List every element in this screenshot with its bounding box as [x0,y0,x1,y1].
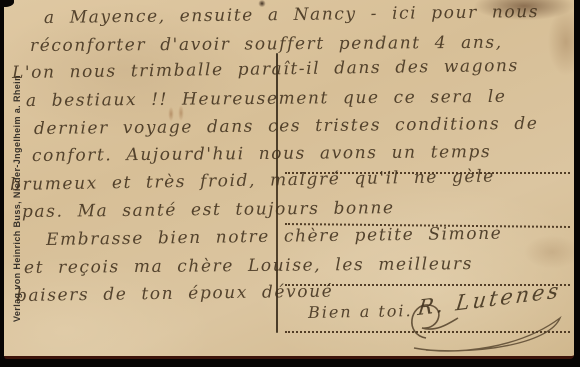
message-line: dernier voyage dans ces tristes conditio… [34,114,539,139]
message-line: Embrasse bien notre chère petite Simone [46,224,503,250]
message-line: a bestiaux !! Heureusement que ce sera l… [26,87,507,111]
postcard-paper: Verlag von Heinrich Buss, Nieder-Jngelhe… [4,0,574,359]
scan-background: { "postcard": { "publisher_imprint": "Ve… [0,0,580,367]
message-line: pas. Ma santé est toujours bonne [22,198,395,222]
message-line: confort. Aujourd'hui nous avons un temps [32,142,492,166]
edge-speck [258,0,266,7]
ink-smudge-stain [162,102,190,126]
message-line: a Mayence, ensuite a Nancy - ici pour no… [44,2,539,28]
message-line: réconforter d'avoir souffert pendant 4 a… [30,33,503,56]
message-line: baisers de ton époux dévoué [16,282,334,306]
message-line: et reçois ma chère Louise, les meilleurs [24,254,473,278]
message-line: L'on nous trimballe paraît-il dans des w… [12,56,519,83]
message-line: brumeux et très froid, malgré qu'il ne g… [10,167,495,195]
